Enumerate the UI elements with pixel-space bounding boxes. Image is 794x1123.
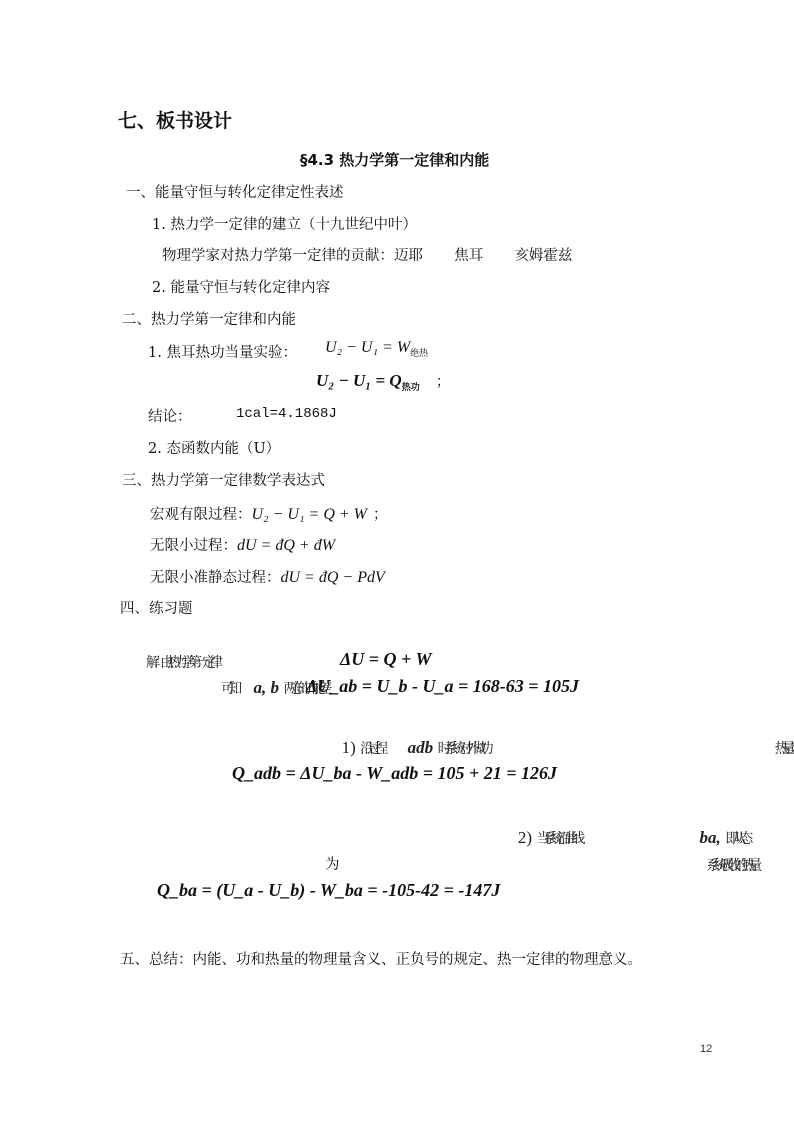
part1-item1: 1. 热力学一定律的建立（十九世纪中叶） [152, 213, 417, 234]
conclusion-label: 结论： [148, 405, 192, 426]
question2-path: ba, 即从态 [700, 828, 747, 848]
conclusion-value: 1cal=4.1868J [236, 406, 337, 422]
page-number: 12 [700, 1043, 712, 1055]
heat-work-equation: U₂ − U₁ = Q热功 ； [316, 371, 450, 393]
part1-heading: 一、能量守恒与转化定律定性表述 [126, 181, 344, 202]
quasistatic-process: 无限小准静态过程：dU = đQ − PdV [150, 566, 385, 587]
question1-heat-label: 热量为 [775, 738, 794, 758]
contrib-helmholtz: 亥姆霍兹 [514, 248, 572, 264]
contrib-label: 物理学家对热力学第一定律的贡献：迈耶 [162, 248, 423, 264]
question2-text: 2) 当系统沿曲线 [518, 828, 579, 848]
question2-equation: Q_ba = (U_a - U_b) - W_ba = -105-42 = -1… [157, 880, 500, 901]
solution-intro-text: 解：由热力学第一定律 [146, 652, 216, 672]
question2-heat-text: 系统吸收的热量 [706, 855, 755, 875]
part1-contrib: 物理学家对热力学第一定律的贡献：迈耶 焦耳 亥姆霍兹 [162, 244, 572, 265]
question2-is-label: 为 [325, 853, 340, 874]
part3-heading: 三、热力学第一定律数学表达式 [122, 469, 325, 490]
question1-text: 1) 沿过程 adb 时系统对外做功 [342, 738, 487, 758]
infinitesimal-process: 无限小过程：dU = đQ + đW [150, 534, 335, 555]
part4-heading: 四、练习题 [120, 597, 193, 618]
first-law-equation: ΔU = Q + W [340, 649, 431, 670]
part2-item2: 2. 态函数内能（U） [148, 437, 280, 458]
part1-item2: 2. 能量守恒与转化定律内容 [152, 276, 330, 297]
macro-process: 宏观有限过程：U₂ − U₁ = Q + W； [150, 503, 388, 524]
contrib-joule: 焦耳 [454, 248, 483, 264]
page-title: §4.3 热力学第一定律和内能 [300, 149, 489, 170]
internal-energy-diff-equation: ΔU_ab = U_b - U_a = 168-63 = 105J [306, 676, 579, 697]
question1-equation: Q_adb = ΔU_ba - W_adb = 105 + 21 = 126J [232, 763, 557, 784]
summary: 五、总结：内能、功和热量的物理量含义、正负号的规定、热一定律的物理意义。 [120, 948, 642, 969]
part2-heading: 二、热力学第一定律和内能 [122, 308, 296, 329]
section-heading: 七、板书设计 [118, 106, 232, 133]
joule-experiment-label: 1. 焦耳热功当量实验： [148, 341, 297, 362]
adiabatic-equation: U₂ − U₁ = W绝热 [325, 339, 428, 359]
